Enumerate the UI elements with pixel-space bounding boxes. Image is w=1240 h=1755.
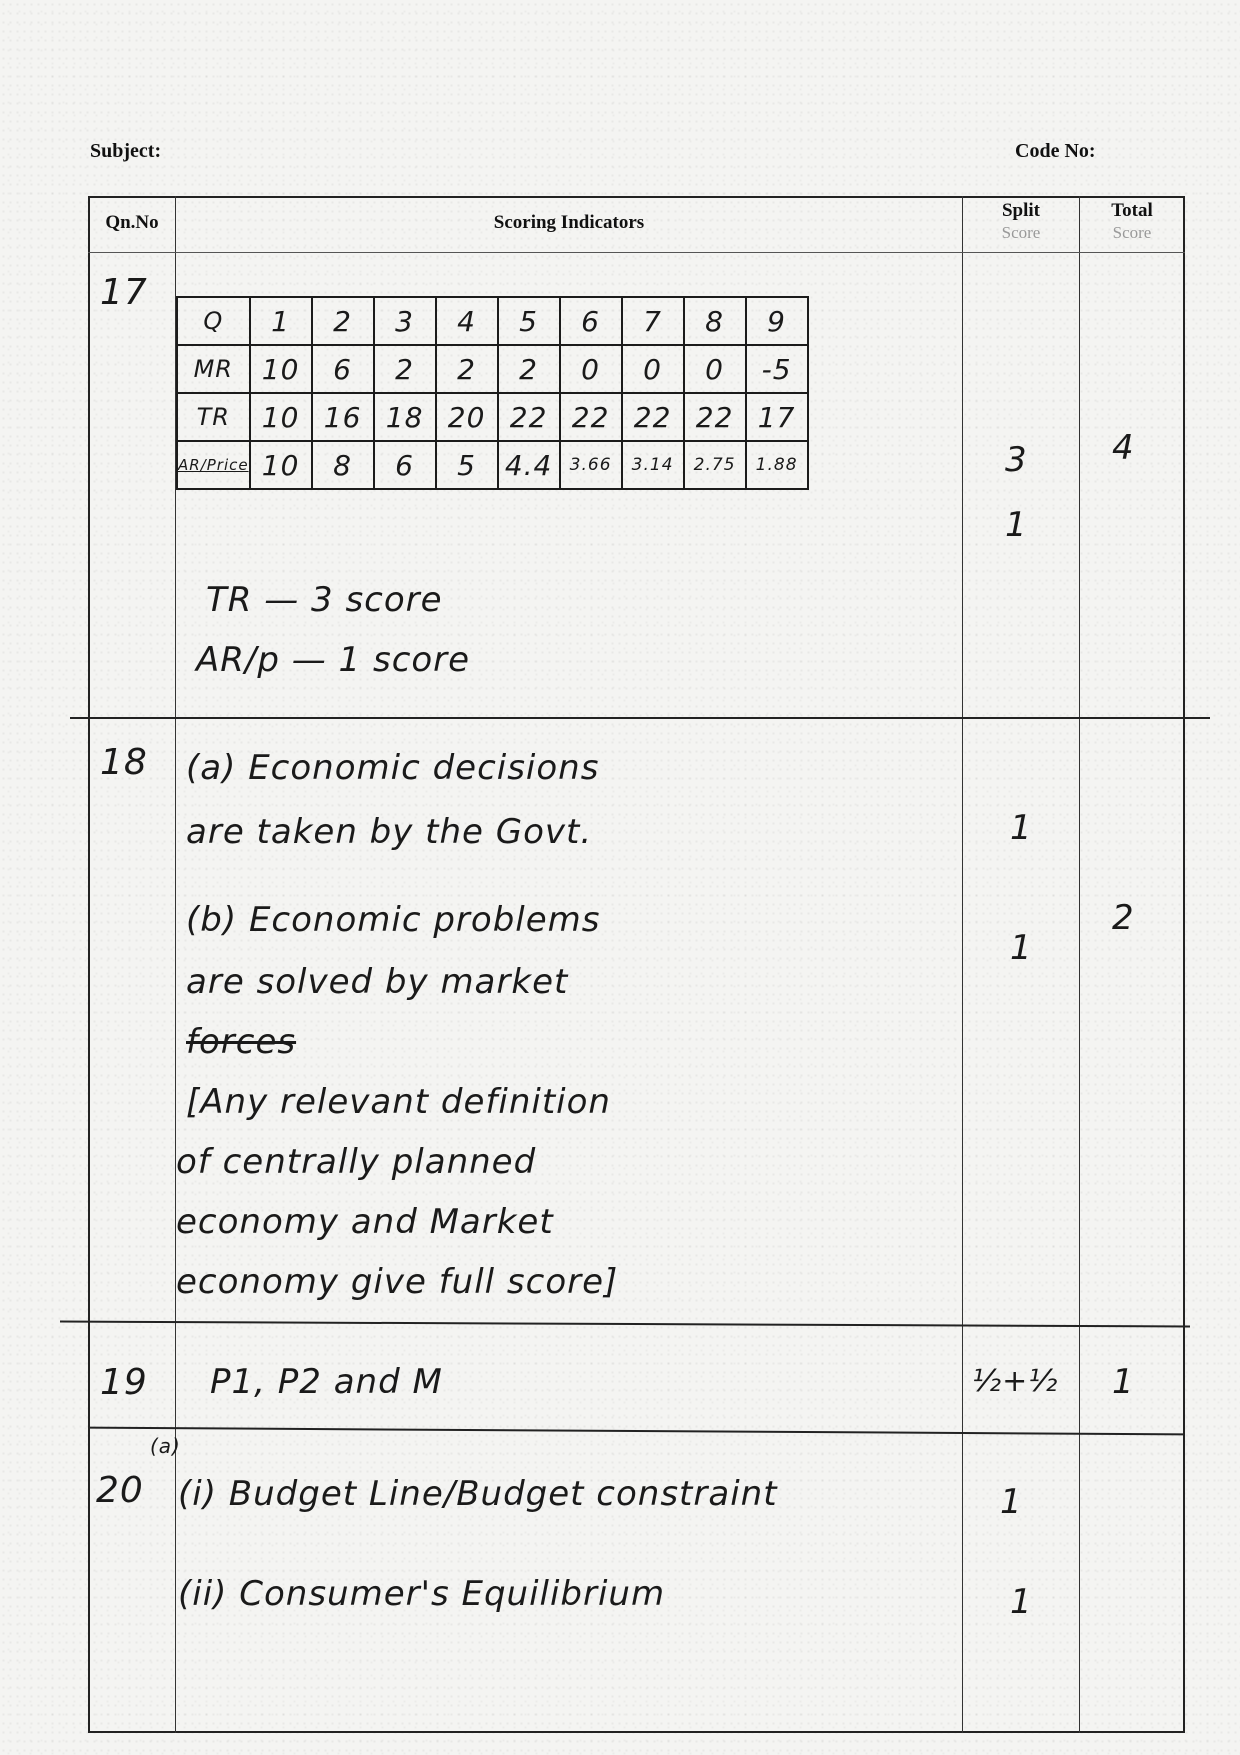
table-cell: 0 (622, 345, 684, 393)
row-label: Q (177, 297, 250, 345)
table-cell: 20 (436, 393, 498, 441)
table-cell: 6 (312, 345, 374, 393)
q20-part-i: (i) Budget Line/Budget constraint (178, 1474, 778, 1514)
row-label: MR (177, 345, 250, 393)
table-cell: 2 (436, 345, 498, 393)
q18a-marker: (a) (186, 748, 236, 788)
q17-note-tr: TR — 3 score (206, 580, 443, 620)
table-cell: 2 (312, 297, 374, 345)
q17-note-ar: AR/p — 1 score (196, 640, 470, 680)
code-no-label: Code No: (1015, 140, 1096, 163)
header-split-bottom: Score (963, 222, 1079, 244)
header-divider (88, 252, 1185, 253)
revenue-table-row: TR101618202222222217 (177, 393, 808, 441)
column-divider (962, 196, 963, 1733)
table-cell: 1.88 (746, 441, 808, 489)
column-divider (1079, 196, 1080, 1733)
q18-note-line2: of centrally planned (176, 1142, 536, 1182)
header-split-score: Split Score (963, 200, 1079, 244)
table-cell: 16 (312, 393, 374, 441)
q18b-text: Economic problems (249, 900, 601, 940)
header-qn-no: Qn.No (90, 212, 174, 234)
q20-part-ii-split: 1 (1010, 1582, 1033, 1622)
table-cell: 22 (684, 393, 746, 441)
table-cell: 5 (436, 441, 498, 489)
q19-split: ½+½ (972, 1364, 1058, 1399)
q18b-line2: are solved by market (186, 962, 568, 1002)
q18-split-b: 1 (1010, 928, 1033, 968)
table-cell: 6 (560, 297, 622, 345)
q20-part-ii-marker: (ii) (178, 1574, 227, 1614)
q18b-marker: (b) (186, 900, 237, 940)
table-cell: 8 (684, 297, 746, 345)
table-cell: -5 (746, 345, 808, 393)
table-cell: 2 (374, 345, 436, 393)
q20-part-i-text: Budget Line/Budget constraint (229, 1474, 778, 1514)
q18a-text: Economic decisions (248, 748, 599, 788)
table-cell: 22 (622, 393, 684, 441)
revenue-table-row: AR/Price108654.43.663.142.751.88 (177, 441, 808, 489)
q18-note-line3: economy and Market (176, 1202, 554, 1242)
revenue-table-row: MR106222000-5 (177, 345, 808, 393)
q20-sub-marker: (a) (150, 1434, 181, 1458)
revenue-table: Q123456789MR106222000-5TR101618202222222… (176, 296, 809, 490)
row-label: AR/Price (177, 441, 250, 489)
q17-split-tr: 3 (1005, 440, 1028, 480)
table-cell: 3.66 (560, 441, 622, 489)
question-number-18: 18 (100, 742, 148, 783)
header-total-top: Total (1111, 200, 1153, 221)
table-cell: 3.14 (622, 441, 684, 489)
row-label: TR (177, 393, 250, 441)
table-cell: 10 (250, 393, 312, 441)
q19-total: 1 (1112, 1362, 1135, 1402)
q18b-line3: forces (186, 1022, 296, 1062)
q18-note-line1: [Any relevant definition (186, 1082, 611, 1122)
question-number-17: 17 (100, 272, 148, 313)
q19-answer: P1, P2 and M (210, 1362, 443, 1402)
question-number-20: 20 (96, 1470, 144, 1511)
q17-split-ar: 1 (1005, 505, 1028, 545)
q18a-line1: (a) Economic decisions (186, 748, 599, 788)
q18-total: 2 (1112, 898, 1135, 938)
table-cell: 9 (746, 297, 808, 345)
q18-split-a: 1 (1010, 808, 1033, 848)
header-scoring-indicators: Scoring Indicators (176, 212, 962, 234)
question-number-19: 19 (100, 1362, 148, 1403)
row-divider-17 (70, 717, 1210, 719)
table-cell: 6 (374, 441, 436, 489)
revenue-table-row: Q123456789 (177, 297, 808, 345)
table-cell: 3 (374, 297, 436, 345)
q18a-line2: are taken by the Govt. (186, 812, 592, 852)
table-cell: 7 (622, 297, 684, 345)
q20-part-ii: (ii) Consumer's Equilibrium (178, 1574, 665, 1614)
table-cell: 18 (374, 393, 436, 441)
q17-total: 4 (1112, 428, 1135, 468)
q20-part-i-split: 1 (1000, 1482, 1023, 1522)
table-cell: 0 (684, 345, 746, 393)
table-cell: 10 (250, 345, 312, 393)
header-total-bottom: Score (1080, 222, 1184, 244)
table-cell: 2 (498, 345, 560, 393)
table-cell: 22 (498, 393, 560, 441)
header-split-top: Split (1002, 200, 1040, 221)
q18b-line1: (b) Economic problems (186, 900, 600, 940)
table-cell: 22 (560, 393, 622, 441)
table-cell: 10 (250, 441, 312, 489)
subject-label: Subject: (90, 140, 161, 163)
table-cell: 0 (560, 345, 622, 393)
q20-part-i-marker: (i) (178, 1474, 217, 1514)
table-cell: 4 (436, 297, 498, 345)
q20-part-ii-text: Consumer's Equilibrium (239, 1574, 665, 1614)
table-cell: 2.75 (684, 441, 746, 489)
table-cell: 17 (746, 393, 808, 441)
table-cell: 5 (498, 297, 560, 345)
header-total-score: Total Score (1080, 200, 1184, 244)
q18-note-line4: economy give full score] (176, 1262, 618, 1302)
table-cell: 4.4 (498, 441, 560, 489)
table-cell: 8 (312, 441, 374, 489)
table-cell: 1 (250, 297, 312, 345)
